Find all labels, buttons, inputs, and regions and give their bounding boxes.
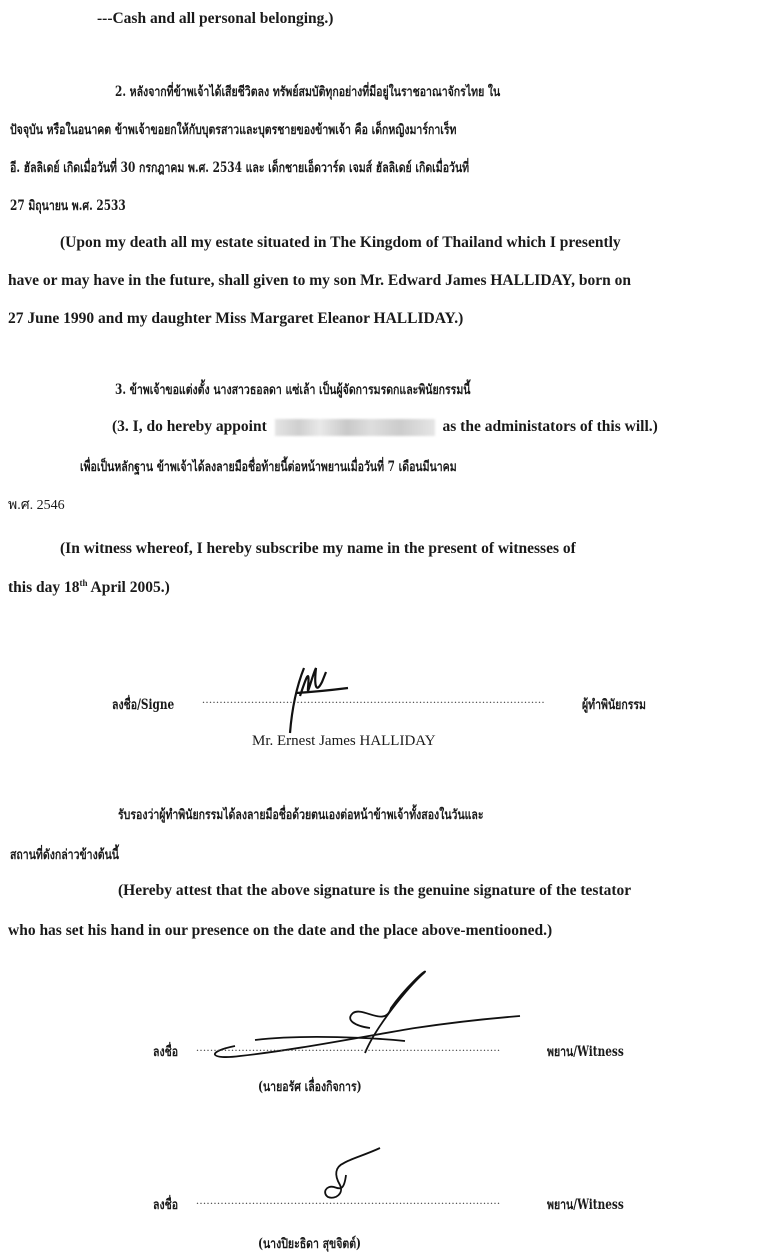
- witness-english-line-1: (In witness whereof, I hereby subscribe …: [60, 540, 576, 558]
- clause2-thai-line-4: 27 มิถุนายน พ.ศ. 2533: [10, 194, 126, 216]
- testator-sign-label-left: ลงชื่อ/Signe: [112, 693, 174, 715]
- witness2-label-left: ลงชื่อ: [153, 1193, 178, 1215]
- attestation-english-line-2: who has set his hand in our presence on …: [8, 922, 552, 940]
- witness1-dotted-line: ........................................…: [196, 1040, 501, 1055]
- witness1-label-right: พยาน/Witness: [547, 1040, 624, 1062]
- testator-signature-icon: [282, 658, 352, 738]
- clause2-thai-line-2: ปัจจุบัน หรือในอนาคต ข้าพเจ้าขอยกให้กับบ…: [10, 118, 456, 140]
- clause2-english-line-1: (Upon my death all my estate situated in…: [60, 234, 621, 252]
- clause3-english-suffix: as the administators of this will.): [443, 418, 658, 435]
- witness-thai-line-1: เพื่อเป็นหลักฐาน ข้าพเจ้าได้ลงลายมือชื่อ…: [80, 455, 457, 477]
- redacted-name-block: [275, 419, 435, 436]
- witness1-label-left: ลงชื่อ: [153, 1040, 178, 1062]
- witness-english-line-2: this day 18th April 2005.): [8, 578, 170, 597]
- clause2-english-line-3: 27 June 1990 and my daughter Miss Margar…: [8, 310, 463, 328]
- witness2-name: (นางปิยะธิดา สุขจิตต์): [258, 1232, 361, 1254]
- testator-signature-dotted-line: ........................................…: [202, 692, 545, 707]
- clause3-thai-line: 3. ข้าพเจ้าขอแต่งตั้ง นางสาวธอลดา แซ่เล้…: [115, 378, 470, 400]
- attestation-thai-line-1: รับรองว่าผู้ทำพินัยกรรมได้ลงลายมือชื่อด้…: [118, 803, 484, 825]
- witness1-name: (นายอรัศ เลื่องกิจการ): [258, 1075, 362, 1097]
- cash-belongings-line: ---Cash and all personal belonging.): [97, 10, 333, 28]
- clause3-english-line: (3. I, do hereby appoint as the administ…: [112, 418, 658, 436]
- clause3-english-prefix: (3. I, do hereby appoint: [112, 418, 267, 435]
- attestation-english-line-1: (Hereby attest that the above signature …: [118, 882, 631, 900]
- witness2-label-right: พยาน/Witness: [547, 1193, 624, 1215]
- attestation-thai-line-2: สถานที่ดังกล่าวข้างต้นนี้: [10, 843, 119, 865]
- testator-name: Mr. Ernest James HALLIDAY: [252, 733, 436, 750]
- testator-sign-label-right: ผู้ทำพินัยกรรม: [582, 693, 646, 715]
- clause2-thai-line-1: 2. หลังจากที่ข้าพเจ้าได้เสียชีวิตลง ทรัพ…: [115, 80, 500, 102]
- clause2-english-line-2: have or may have in the future, shall gi…: [8, 272, 631, 290]
- clause2-thai-line-3: อี. ฮัลลิเดย์ เกิดเมื่อวันที่ 30 กรกฎาคม…: [10, 156, 469, 178]
- witness-thai-line-2: พ.ศ. 2546: [8, 494, 65, 516]
- witness2-dotted-line: ........................................…: [196, 1193, 501, 1208]
